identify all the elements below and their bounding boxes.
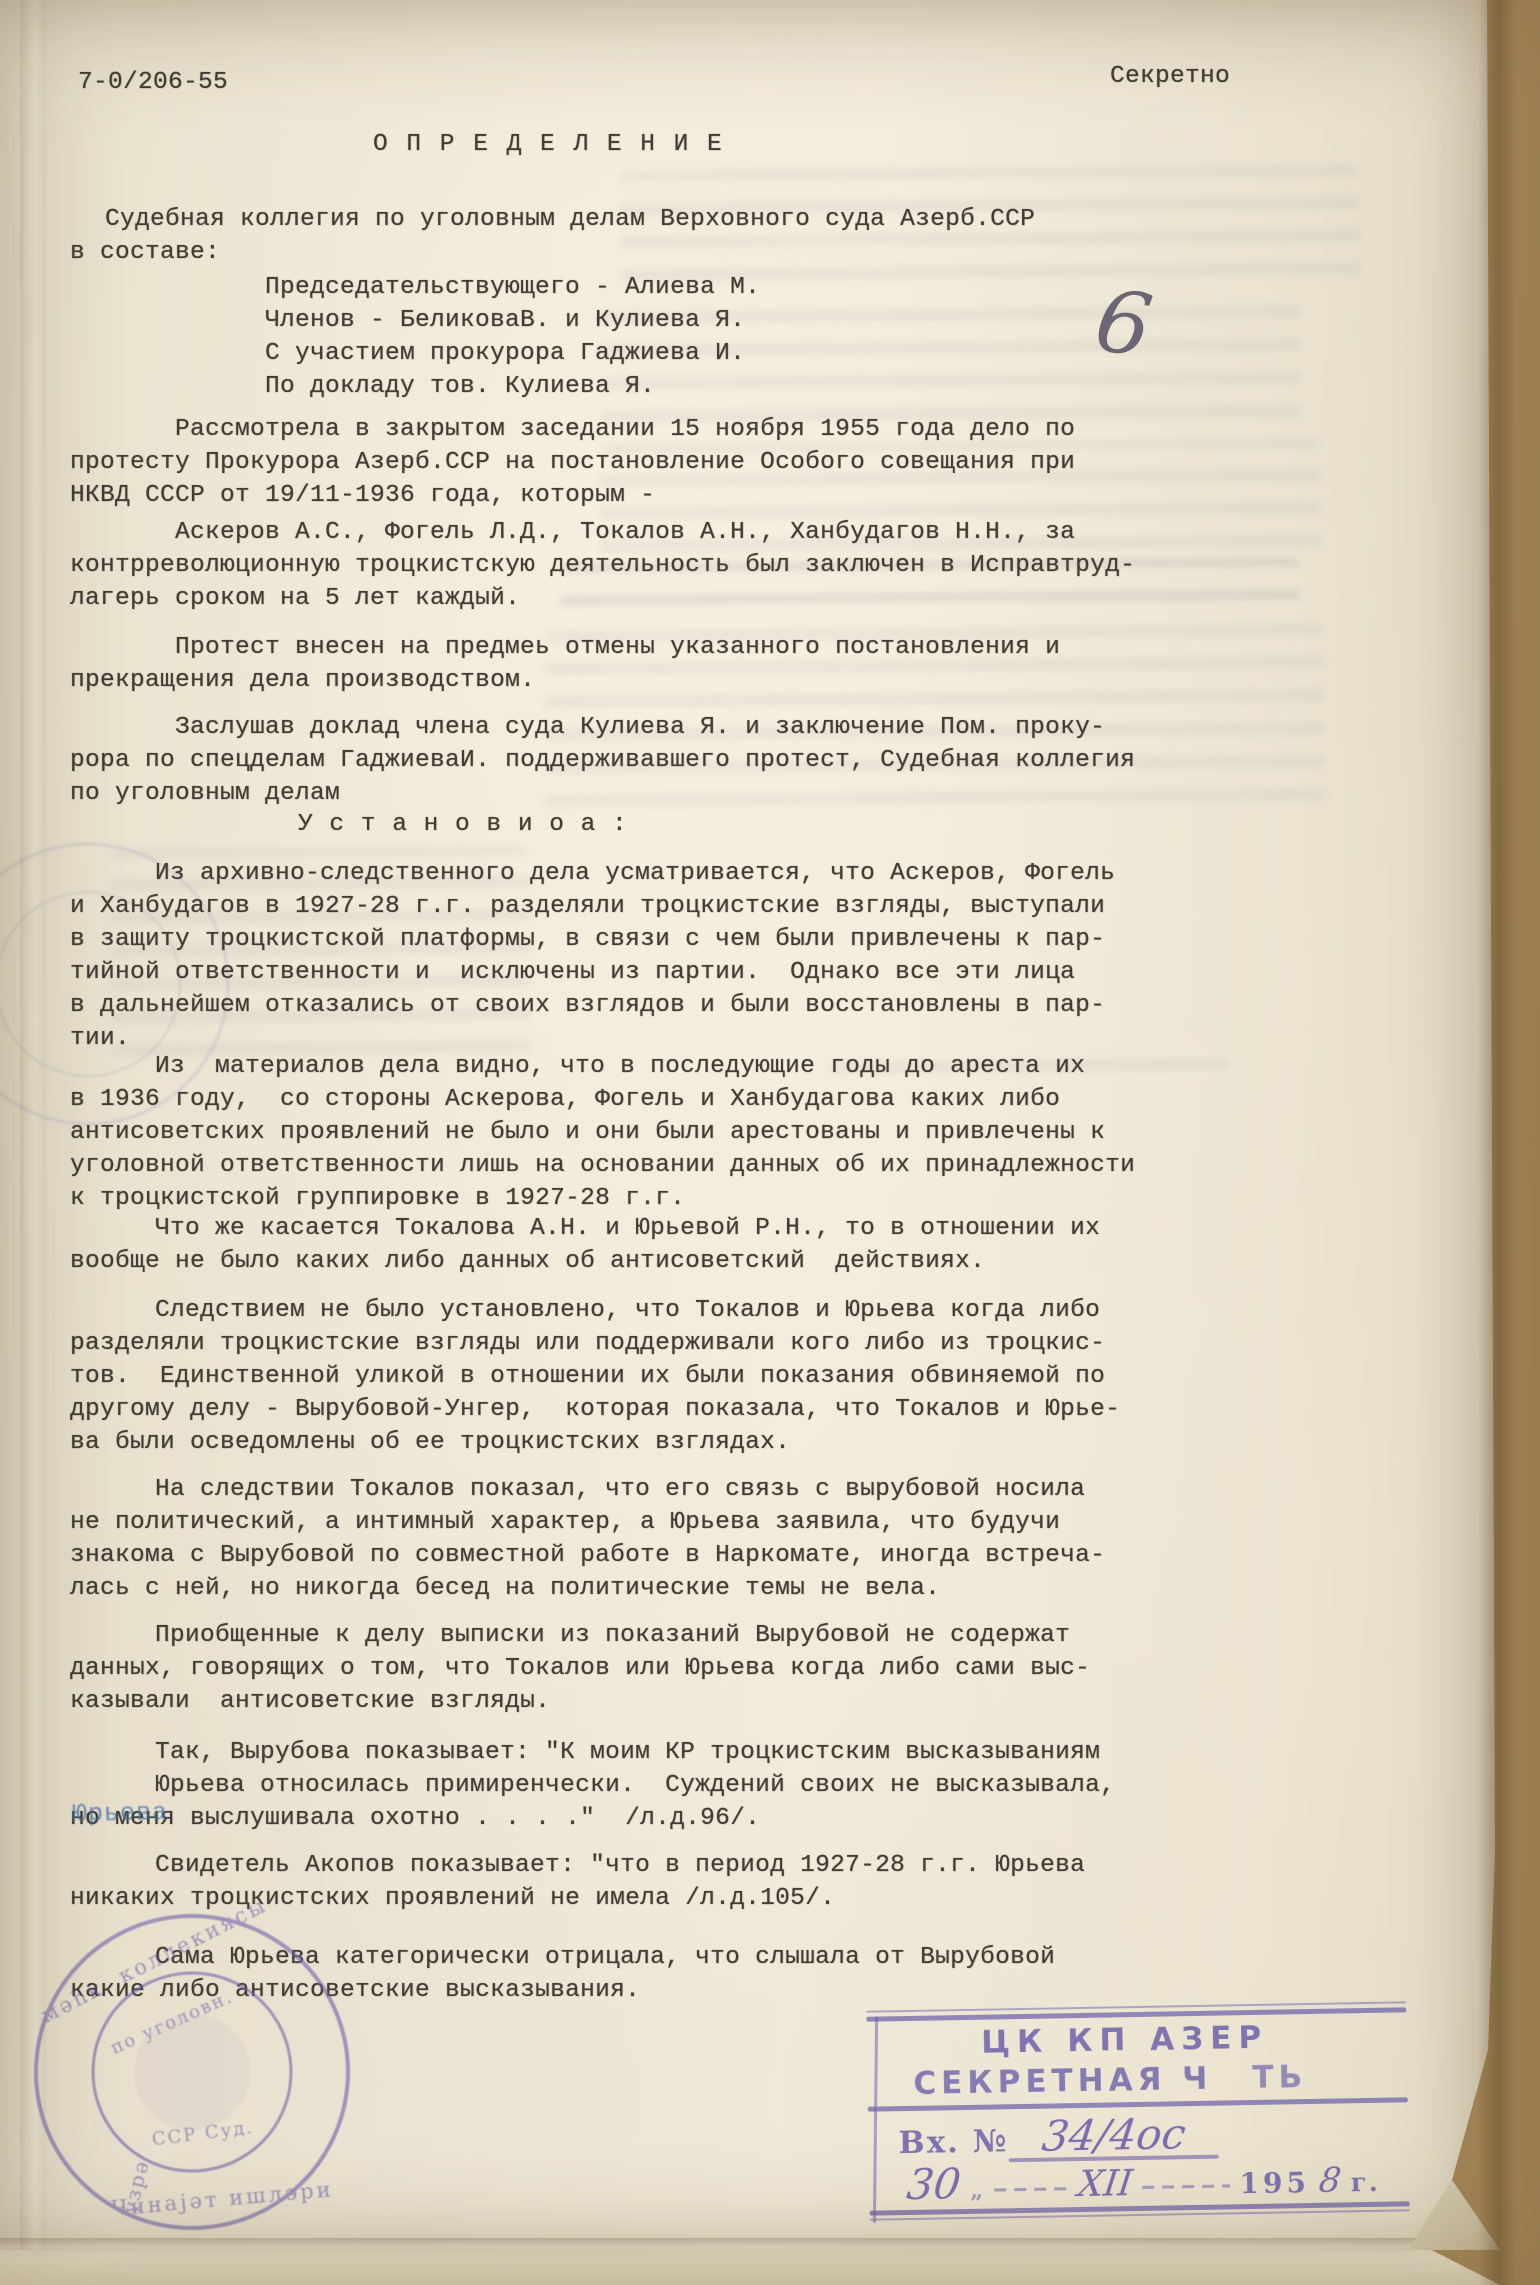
stamp-year-suffix: г. bbox=[1351, 2168, 1381, 2199]
document-line: уголовной ответственности лишь на основа… bbox=[70, 1149, 1470, 1182]
document-line: антисоветских проявлений не было и они б… bbox=[70, 1116, 1470, 1149]
document-line: Протест внесен на предмеь отмены указанн… bbox=[175, 631, 1470, 664]
reference-number: 7-0/206-55 bbox=[78, 66, 228, 99]
document-line: рора по спецделам ГаджиеваИ. поддерживав… bbox=[70, 744, 1470, 777]
document-line: знакома с Вырубовой по совместной работе… bbox=[70, 1539, 1470, 1572]
paragraph: Протест внесен на предмеь отмены указанн… bbox=[70, 631, 1470, 697]
stamp-secret-right: ТЬ bbox=[1252, 2059, 1307, 2096]
stamp-secret-left: СЕКРЕТНАЯ Ч bbox=[913, 2061, 1213, 2102]
document-line: тов. Единственной уликой в отношении их … bbox=[70, 1360, 1470, 1393]
document-line: На следствии Токалов показал, что его св… bbox=[155, 1473, 1470, 1506]
paragraph: Из архивно-следственного дела усматривае… bbox=[70, 857, 1470, 1055]
paragraph: Из материалов дела видно, что в последую… bbox=[70, 1050, 1470, 1215]
paragraph: Заслушав доклад члена суда Кулиева Я. и … bbox=[70, 711, 1470, 810]
document-line: НКВД СССР от 19/11-1936 года, которым - bbox=[70, 479, 1470, 512]
stamp-secret-line: СЕКРЕТНАЯ ЧТЬ bbox=[875, 2057, 1400, 2102]
document-line: Юрьева относилась примиренчески. Суждени… bbox=[155, 1769, 1470, 1802]
document-line: ва были осведомлены об ее троцкистских в… bbox=[70, 1426, 1470, 1459]
stamp-quote: „ bbox=[970, 2178, 985, 2204]
document-line: Следствием не было установлено, что Тока… bbox=[155, 1294, 1470, 1327]
paragraph: Аскеров А.С., Фогель Л.Д., Токалов А.Н.,… bbox=[70, 516, 1470, 615]
paragraph-intro: Судебная коллегия по уголовным делам Вер… bbox=[70, 203, 1470, 269]
paragraph: Рассмотрела в закрытом заседании 15 нояб… bbox=[70, 413, 1470, 512]
document-line: Председательствующего - Алиева М. bbox=[265, 271, 1470, 304]
document-line: но меня выслушивала охотно . . . ." /л.д… bbox=[70, 1802, 1470, 1835]
stamp-incoming-number: 34/4ос bbox=[1039, 2109, 1188, 2161]
document-line: вообще не было каких либо данных об анти… bbox=[70, 1245, 1470, 1278]
document-line: Сама Юрьева категорически отрицала, что … bbox=[155, 1941, 1470, 1974]
document-line: казывали антисоветские взгляды. bbox=[70, 1685, 1470, 1718]
document-line: в 1936 году, со стороны Аскерова, Фогель… bbox=[70, 1083, 1470, 1116]
stamp-incoming-label: Вх. № bbox=[898, 2123, 1009, 2161]
paragraph: На следствии Токалов показал, что его св… bbox=[70, 1473, 1470, 1605]
stamp-year-hand: 8 bbox=[1317, 2160, 1344, 2200]
document-line: Свидетель Акопов показывает: "что в пери… bbox=[155, 1849, 1470, 1882]
document-line: и Ханбудагов в 1927-28 г.г. разделяли тр… bbox=[70, 890, 1470, 923]
court-composition: Председательствующего - Алиева М. Членов… bbox=[70, 271, 1470, 403]
document-line: лагерь сроком на 5 лет каждый. bbox=[70, 582, 1470, 615]
stamp-year-printed: 195 bbox=[1239, 2166, 1310, 2200]
document-line: в составе: bbox=[70, 236, 1470, 269]
document-body: Судебная коллегия по уголовным делам Вер… bbox=[70, 203, 1470, 2007]
section-heading: У с т а н о в и о а : bbox=[298, 808, 1470, 841]
document-line: прекращения дела производством. bbox=[70, 664, 1470, 697]
document-line: протесту Прокурора Азерб.ССР на постанов… bbox=[70, 446, 1470, 479]
document-line: другому делу - Вырубовой-Унгер, которая … bbox=[70, 1393, 1470, 1426]
document-line: к троцкистской группировке в 1927-28 г.г… bbox=[70, 1182, 1470, 1215]
document-line: не политический, а интимный характер, а … bbox=[70, 1506, 1470, 1539]
document-line: Членов - БеликоваВ. и Кулиева Я. bbox=[265, 304, 1470, 337]
document-line: С участием прокурора Гаджиева И. bbox=[265, 337, 1470, 370]
document-line: тийной ответственности и исключены из па… bbox=[70, 956, 1470, 989]
stamp-org-line: ЦК КП АЗЕР bbox=[874, 2018, 1375, 2063]
document-line: По докладу тов. Кулиева Я. bbox=[265, 370, 1470, 403]
document-line: данных, говорящих о том, что Токалов или… bbox=[70, 1652, 1470, 1685]
document-line: лась с ней, но никогда бесед на политиче… bbox=[70, 1572, 1470, 1605]
paragraph-quote-vyrubova: Так, Вырубова показывает: "К моим КР тро… bbox=[70, 1736, 1470, 1835]
document-line: Из материалов дела видно, что в последую… bbox=[155, 1050, 1470, 1083]
document-line: Заслушав доклад члена суда Кулиева Я. и … bbox=[175, 711, 1470, 744]
document-line: Рассмотрела в закрытом заседании 15 нояб… bbox=[175, 413, 1470, 446]
stamp-month: XII bbox=[1076, 2163, 1135, 2205]
document-line: в дальнейшем отказались от своих взглядо… bbox=[70, 989, 1470, 1022]
paragraph: Приобщенные к делу выписки из показаний … bbox=[70, 1619, 1470, 1718]
document-line: Из архивно-следственного дела усматривае… bbox=[155, 857, 1470, 890]
stamp-day: 30 bbox=[904, 2159, 963, 2209]
classification-label: Секретно bbox=[1110, 60, 1230, 93]
registry-stamp: ЦК КП АЗЕР СЕКРЕТНАЯ ЧТЬ Вх. № 34/4ос 30… bbox=[874, 2001, 1402, 2228]
document-line: по уголовным делам bbox=[70, 777, 1470, 810]
document-line: разделяли троцкистские взгляды или подде… bbox=[70, 1327, 1470, 1360]
document-title: О П Р Е Д Е Л Е Н И Е bbox=[373, 128, 724, 161]
document-line: контрреволюционную троцкистскую деятельн… bbox=[70, 549, 1470, 582]
paragraph: Следствием не было установлено, что Тока… bbox=[70, 1294, 1470, 1459]
paragraph: Что же касается Токалова А.Н. и Юрьевой … bbox=[70, 1212, 1470, 1278]
document-line: в защиту троцкистской платформы, в связи… bbox=[70, 923, 1470, 956]
document-line: Судебная коллегия по уголовным делам Вер… bbox=[105, 203, 1470, 236]
document-line: Что же касается Токалова А.Н. и Юрьевой … bbox=[155, 1212, 1470, 1245]
document-line: Аскеров А.С., Фогель Л.Д., Токалов А.Н.,… bbox=[175, 516, 1470, 549]
document-line: Так, Вырубова показывает: "К моим КР тро… bbox=[155, 1736, 1470, 1769]
document-line: Приобщенные к делу выписки из показаний … bbox=[155, 1619, 1470, 1652]
margin-correction-note: Юрьева bbox=[72, 1798, 169, 1829]
